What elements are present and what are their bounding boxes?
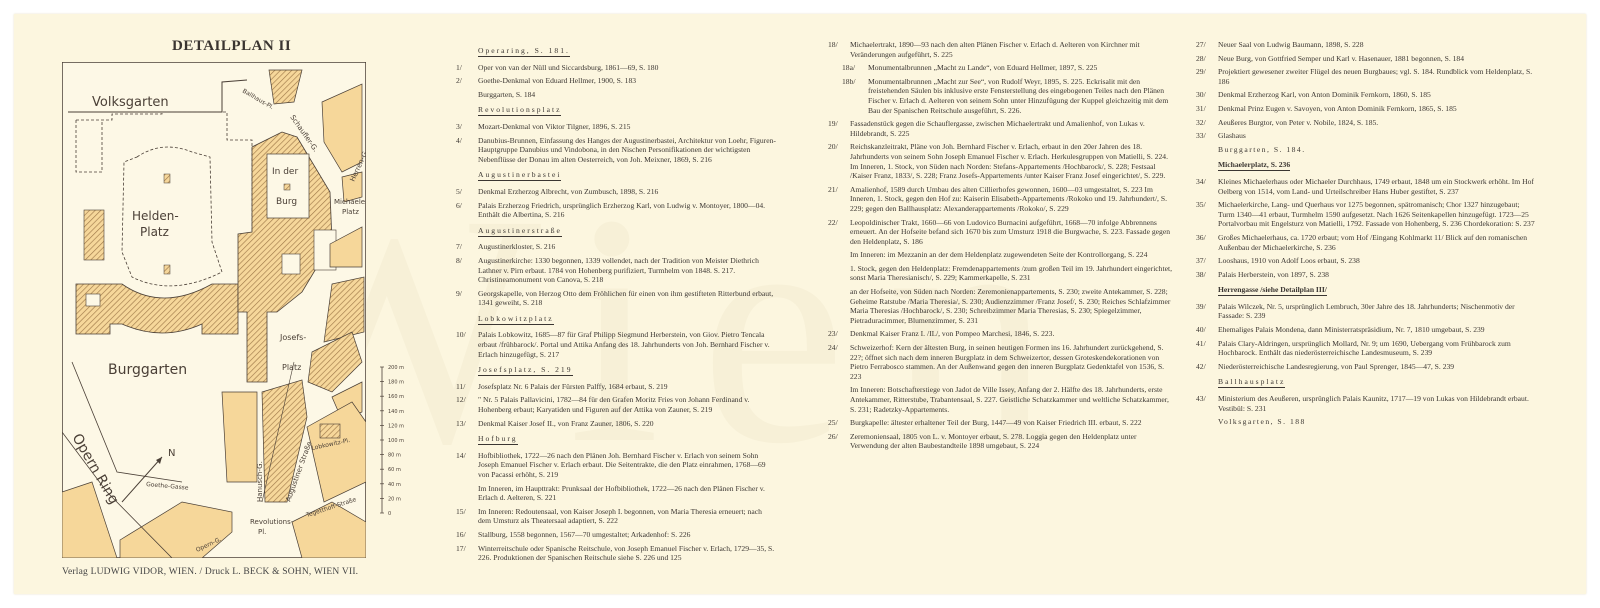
entry-number: 21/ [828,185,838,195]
svg-text:20 m: 20 m [388,496,401,502]
legend-entry: 21/Amalienhof, 1589 durch Umbau des alte… [828,185,1173,214]
entry-number: 18a/ [842,63,855,73]
svg-text:Burg: Burg [276,197,297,207]
svg-text:180 m: 180 m [388,380,404,386]
entry-text: Großes Michaelerhaus, ca. 1720 erbaut; v… [1218,233,1527,252]
entry-number: 5/ [456,187,462,197]
legend-entry: 34/Kleines Michaelerhaus oder Michaeler … [1196,177,1536,196]
svg-text:Platz: Platz [342,208,359,216]
legend-entry: 14/Hofbibliothek, 1722—26 nach den Pläne… [456,451,776,480]
entry-text: Niederösterreichische Landesregierung, v… [1218,362,1454,371]
legend-entry: 15/Im Inneren: Redoutensaal, von Kaiser … [456,507,776,526]
section-heading: Ballhausplatz [1196,377,1536,387]
entry-text: Denkmal Kaiser Franz I. /II./, von Pompe… [850,329,1054,338]
entry-text: Mozart-Denkmal von Viktor Tilgner, 1896,… [478,122,630,131]
entry-text: Ministerium des Aeußeren, ursprünglich P… [1218,394,1529,413]
section-heading: Augustinerstraße [456,226,776,236]
label-heldenplatz: Helden- [132,209,179,223]
legend-entry: 7/Augustinerkloster, S. 216 [456,242,776,252]
legend-entry: 28/Neue Burg, von Gottfried Semper und K… [1196,54,1536,64]
svg-text:60 m: 60 m [388,467,401,473]
entry-text: Denkmal Prinz Eugen v. Savoyen, von Anto… [1218,104,1457,113]
label-michaelerplatz: Michaeler [334,198,366,206]
legend-entry: 20/Reichskanzleitrakt, Pläne von Joh. Be… [828,142,1173,180]
legend-entry: 13/Denkmal Kaiser Josef II., von Franz Z… [456,419,776,429]
entry-text: Winterreitschule oder Spanische Reitschu… [478,544,774,563]
section-heading: Hofburg [456,434,776,444]
entry-number: 9/ [456,289,462,299]
entry-number: 34/ [1196,177,1206,187]
legend-entry: 18a/Monumentalbrunnen „Macht zu Lande“, … [828,63,1173,73]
svg-text:0: 0 [388,511,391,515]
entry-text: Glashaus [1218,131,1246,140]
section-heading: Revolutionsplatz [456,105,776,115]
entry-number: 41/ [1196,339,1206,349]
entry-number: 15/ [456,507,466,517]
imprint: Verlag LUDWIG VIDOR, WIEN. / Druck L. BE… [62,567,358,577]
entry-text: Augustinerkirche: 1330 begonnen, 1339 vo… [478,256,759,284]
label-hanuschgasse: Hanusch-G. [256,461,264,502]
entry-text: Denkmal Erzherzog Albrecht, von Zumbusch… [478,187,658,196]
legend-entry: 27/Neuer Saal von Ludwig Baumann, 1898, … [1196,40,1536,50]
entry-number: 12/ [456,395,466,405]
legend-entry: 1/Oper von van der Nüll und Siccardsburg… [456,63,776,73]
entry-number: 23/ [828,329,838,339]
entry-text: Palais Wilczek, Nr. 5, ursprünglich Lemb… [1218,302,1515,321]
entry-number: 14/ [456,451,466,461]
scale-bar: 020 m40 m60 m80 m100 m120 m140 m160 m180… [378,365,418,515]
entry-number: 37/ [1196,256,1206,266]
legend-entry: 4/Danubius-Brunnen, Einfassung des Hange… [456,136,776,165]
legend-subentry: Burggarten, S. 184 [456,90,776,100]
legend-subentry: Im Inneren, im Haupttrakt: Prunksaal der… [456,484,776,503]
entry-text: Aeußeres Burgtor, von Peter v. Nobile, 1… [1218,118,1378,127]
legend-entry: 36/Großes Michaelerhaus, ca. 1720 erbaut… [1196,233,1536,252]
svg-text:120 m: 120 m [388,423,404,429]
legend-entry: 12/" Nr. 5 Palais Pallavicini, 1782—84 f… [456,395,776,414]
svg-text:Pl.: Pl. [258,528,266,536]
entry-text: Reichskanzleitrakt, Pläne von Joh. Bernh… [850,142,1168,180]
entry-text: Denkmal Erzherzog Karl, von Anton Domini… [1218,90,1431,99]
svg-text:140 m: 140 m [388,409,404,415]
legend-entry: 11/Josefsplatz Nr. 6 Palais der Fürsten … [456,382,776,392]
legend-entry: 32/Aeußeres Burgtor, von Peter v. Nobile… [1196,118,1536,128]
entry-text: Palais Erzherzog Friedrich, ursprünglich… [478,201,765,220]
entry-number: 28/ [1196,54,1206,64]
entry-number: 40/ [1196,325,1206,335]
svg-text:Platz: Platz [140,225,169,239]
legend-column-1: Operaring, S. 181.1/Oper von van der Nül… [456,40,776,567]
legend-entry: 19/Fassadenstück gegen die Schauflergass… [828,119,1173,138]
entry-number: 16/ [456,530,466,540]
entry-number: 26/ [828,432,838,442]
entry-text: Ehemaliges Palais Mondena, dann Minister… [1218,325,1485,334]
page-title: DETAILPLAN II [172,38,291,55]
entry-text: Augustinerkloster, S. 216 [478,242,555,251]
entry-text: Michaelertrakt, 1890—93 nach den alten P… [850,40,1140,59]
legend-entry: 25/Burgkapelle: ältester erhaltener Teil… [828,418,1173,428]
label-volksgarten: Volksgarten [92,95,169,110]
entry-text: Palais Herberstein, von 1897, S. 238 [1218,270,1329,279]
legend-entry: 39/Palais Wilczek, Nr. 5, ursprünglich L… [1196,302,1536,321]
entry-number: 6/ [456,201,462,211]
svg-text:80 m: 80 m [388,453,401,459]
entry-text: Schweizerhof: Kern der ältesten Burg, in… [850,343,1164,381]
entry-text: Fassadenstück gegen die Schauflergasse, … [850,119,1145,138]
entry-number: 18/ [828,40,838,50]
legend-entry: 9/Georgskapelle, von Herzog Otto dem Frö… [456,289,776,308]
entry-text: Michaelerkirche, Lang- und Querhaus vor … [1218,200,1535,228]
entry-text: Goethe-Denkmal von Eduard Hellmer, 1900,… [478,76,636,85]
entry-text: Denkmal Kaiser Josef II., von Franz Zaun… [478,419,654,428]
svg-text:40 m: 40 m [388,482,401,488]
legend-entry: 24/Schweizerhof: Kern der ältesten Burg,… [828,343,1173,381]
legend-entry: 23/Denkmal Kaiser Franz I. /II./, von Po… [828,329,1173,339]
entry-number: 8/ [456,256,462,266]
legend-subentry: Im Inneren: Botschafterstiege von Jadot … [828,385,1173,414]
entry-number: 38/ [1196,270,1206,280]
entry-number: 22/ [828,218,838,228]
entry-text: Josefsplatz Nr. 6 Palais der Fürsten Pal… [478,382,668,391]
entry-text: Neue Burg, von Gottfried Semper und Karl… [1218,54,1464,63]
section-heading: Michaelerplatz, S. 236 [1196,160,1536,170]
detail-map: Volksgarten Helden- Platz Burggarten N I… [62,62,366,558]
entry-number: 10/ [456,330,466,340]
entry-number: 11/ [456,382,465,392]
entry-text: Oper von van der Nüll und Siccardsburg, … [478,63,658,72]
legend-entry: 33/Glashaus [1196,131,1536,141]
entry-number: 1/ [456,63,462,73]
entry-text: " Nr. 5 Palais Pallavicini, 1782—84 für … [478,395,750,414]
legend-entry: 26/Zeremoniensaal, 1805 von L. v. Montoy… [828,432,1173,451]
section-heading: Augustinerbastei [456,170,776,180]
legend-entry: 37/Looshaus, 1910 von Adolf Loos erbaut,… [1196,256,1536,266]
entry-text: Danubius-Brunnen, Einfassung des Hanges … [478,136,776,164]
legend-note: Burggarten, S. 184. [1196,145,1536,155]
legend-entry: 3/Mozart-Denkmal von Viktor Tilgner, 189… [456,122,776,132]
entry-text: Monumentalbrunnen „Macht zu Lande“, von … [868,63,1097,72]
svg-text:Platz: Platz [282,363,301,372]
entry-text: Looshaus, 1910 von Adolf Loos erbaut, S.… [1218,256,1360,265]
legend-entry: 2/Goethe-Denkmal von Eduard Hellmer, 190… [456,76,776,86]
entry-text: Hofbibliothek, 1722—26 nach den Plänen J… [478,451,766,479]
entry-number: 25/ [828,418,838,428]
entry-text: Amalienhof, 1589 durch Umbau des alten C… [850,185,1167,213]
section-heading: Operaring, S. 181. [456,46,776,56]
entry-number: 13/ [456,419,466,429]
entry-text: Georgskapelle, von Herzog Otto dem Fröhl… [478,289,773,308]
legend-entry: 40/Ehemaliges Palais Mondena, dann Minis… [1196,325,1536,335]
entry-number: 17/ [456,544,466,554]
label-burggarten: Burggarten [108,362,187,378]
svg-text:N: N [168,448,175,459]
legend-entry: 43/Ministerium des Aeußeren, ursprünglic… [1196,394,1536,413]
legend-entry: 5/Denkmal Erzherzog Albrecht, von Zumbus… [456,187,776,197]
legend-entry: 35/Michaelerkirche, Lang- und Querhaus v… [1196,200,1536,229]
legend-entry: 18/Michaelertrakt, 1890—93 nach den alte… [828,40,1173,59]
label-in-der-burg: In der [272,167,298,177]
entry-text: Leopoldinischer Trakt, 1660—66 von Ludov… [850,218,1170,246]
entry-number: 30/ [1196,90,1206,100]
entry-number: 31/ [1196,104,1206,114]
legend-entry: 17/Winterreitschule oder Spanische Reits… [456,544,776,563]
label-josefsplatz: Josefs- [279,333,306,342]
entry-number: 3/ [456,122,462,132]
entry-number: 24/ [828,343,838,353]
legend-entry: 42/Niederösterreichische Landesregierung… [1196,362,1536,372]
entry-number: 39/ [1196,302,1206,312]
entry-number: 32/ [1196,118,1206,128]
entry-number: 4/ [456,136,462,146]
legend-entry: 6/Palais Erzherzog Friedrich, ursprüngli… [456,201,776,220]
entry-number: 7/ [456,242,462,252]
legend-entry: 22/Leopoldinischer Trakt, 1660—66 von Lu… [828,218,1173,247]
legend-entry: 31/Denkmal Prinz Eugen v. Savoyen, von A… [1196,104,1536,114]
entry-text: Neuer Saal von Ludwig Baumann, 1898, S. … [1218,40,1364,49]
entry-text: Zeremoniensaal, 1805 von L. v. Montoyer … [850,432,1137,451]
legend-subentry: an der Hofseite, von Süden nach Norden: … [828,287,1173,325]
entry-text: Burgkapelle: ältester erhaltener Teil de… [850,418,1142,427]
legend-entry: 38/Palais Herberstein, von 1897, S. 238 [1196,270,1536,280]
svg-text:100 m: 100 m [388,438,404,444]
legend-note: Volksgarten, S. 188 [1196,417,1536,427]
legend-subentry: Im Inneren: im Mezzanin an der dem Helde… [828,250,1173,260]
entry-number: 20/ [828,142,838,152]
section-heading: Josefsplatz, S. 219 [456,365,776,375]
entry-text: Projektiert gewesener zweiter Flügel des… [1218,67,1532,86]
legend-entry: 16/Stallburg, 1558 begonnen, 1567—70 umg… [456,530,776,540]
entry-text: Monumentalbrunnen „Macht zur See“, von R… [868,77,1168,115]
entry-number: 27/ [1196,40,1206,50]
legend-column-3: 27/Neuer Saal von Ludwig Baumann, 1898, … [1196,40,1536,433]
entry-number: 33/ [1196,131,1206,141]
entry-text: Im Inneren: Redoutensaal, von Kaiser Jos… [478,507,762,526]
legend-entry: 18b/Monumentalbrunnen „Macht zur See“, v… [828,77,1173,115]
entry-text: Palais Lobkowitz, 1685—87 für Graf Phili… [478,330,770,358]
entry-number: 36/ [1196,233,1206,243]
legend-entry: 41/Palais Clary-Aldringen, ursprünglich … [1196,339,1536,358]
legend-entry: 30/Denkmal Erzherzog Karl, von Anton Dom… [1196,90,1536,100]
entry-number: 42/ [1196,362,1206,372]
entry-text: Palais Clary-Aldringen, ursprünglich Mol… [1218,339,1511,358]
svg-text:160 m: 160 m [388,394,404,400]
section-heading: Lobkowitzplatz [456,314,776,324]
legend-subentry: 1. Stock, gegen den Heldenplatz: Fremden… [828,264,1173,283]
entry-text: Kleines Michaelerhaus oder Michaeler Dur… [1218,177,1534,196]
entry-number: 43/ [1196,394,1206,404]
legend-entry: 29/Projektiert gewesener zweiter Flügel … [1196,67,1536,86]
svg-text:200 m: 200 m [388,365,404,371]
legend-column-2: 18/Michaelertrakt, 1890—93 nach den alte… [828,40,1173,455]
entry-number: 35/ [1196,200,1206,210]
label-revolutionsplatz: Revolutions- [250,518,294,526]
entry-number: 2/ [456,76,462,86]
entry-number: 19/ [828,119,838,129]
entry-number: 29/ [1196,67,1206,77]
entry-number: 18b/ [842,77,856,87]
entry-text: Stallburg, 1558 begonnen, 1567—70 umgest… [478,530,690,539]
legend-entry: 8/Augustinerkirche: 1330 begonnen, 1339 … [456,256,776,285]
section-heading: Herrengasse /siehe Detailplan III/ [1196,285,1536,295]
legend-entry: 10/Palais Lobkowitz, 1685—87 für Graf Ph… [456,330,776,359]
